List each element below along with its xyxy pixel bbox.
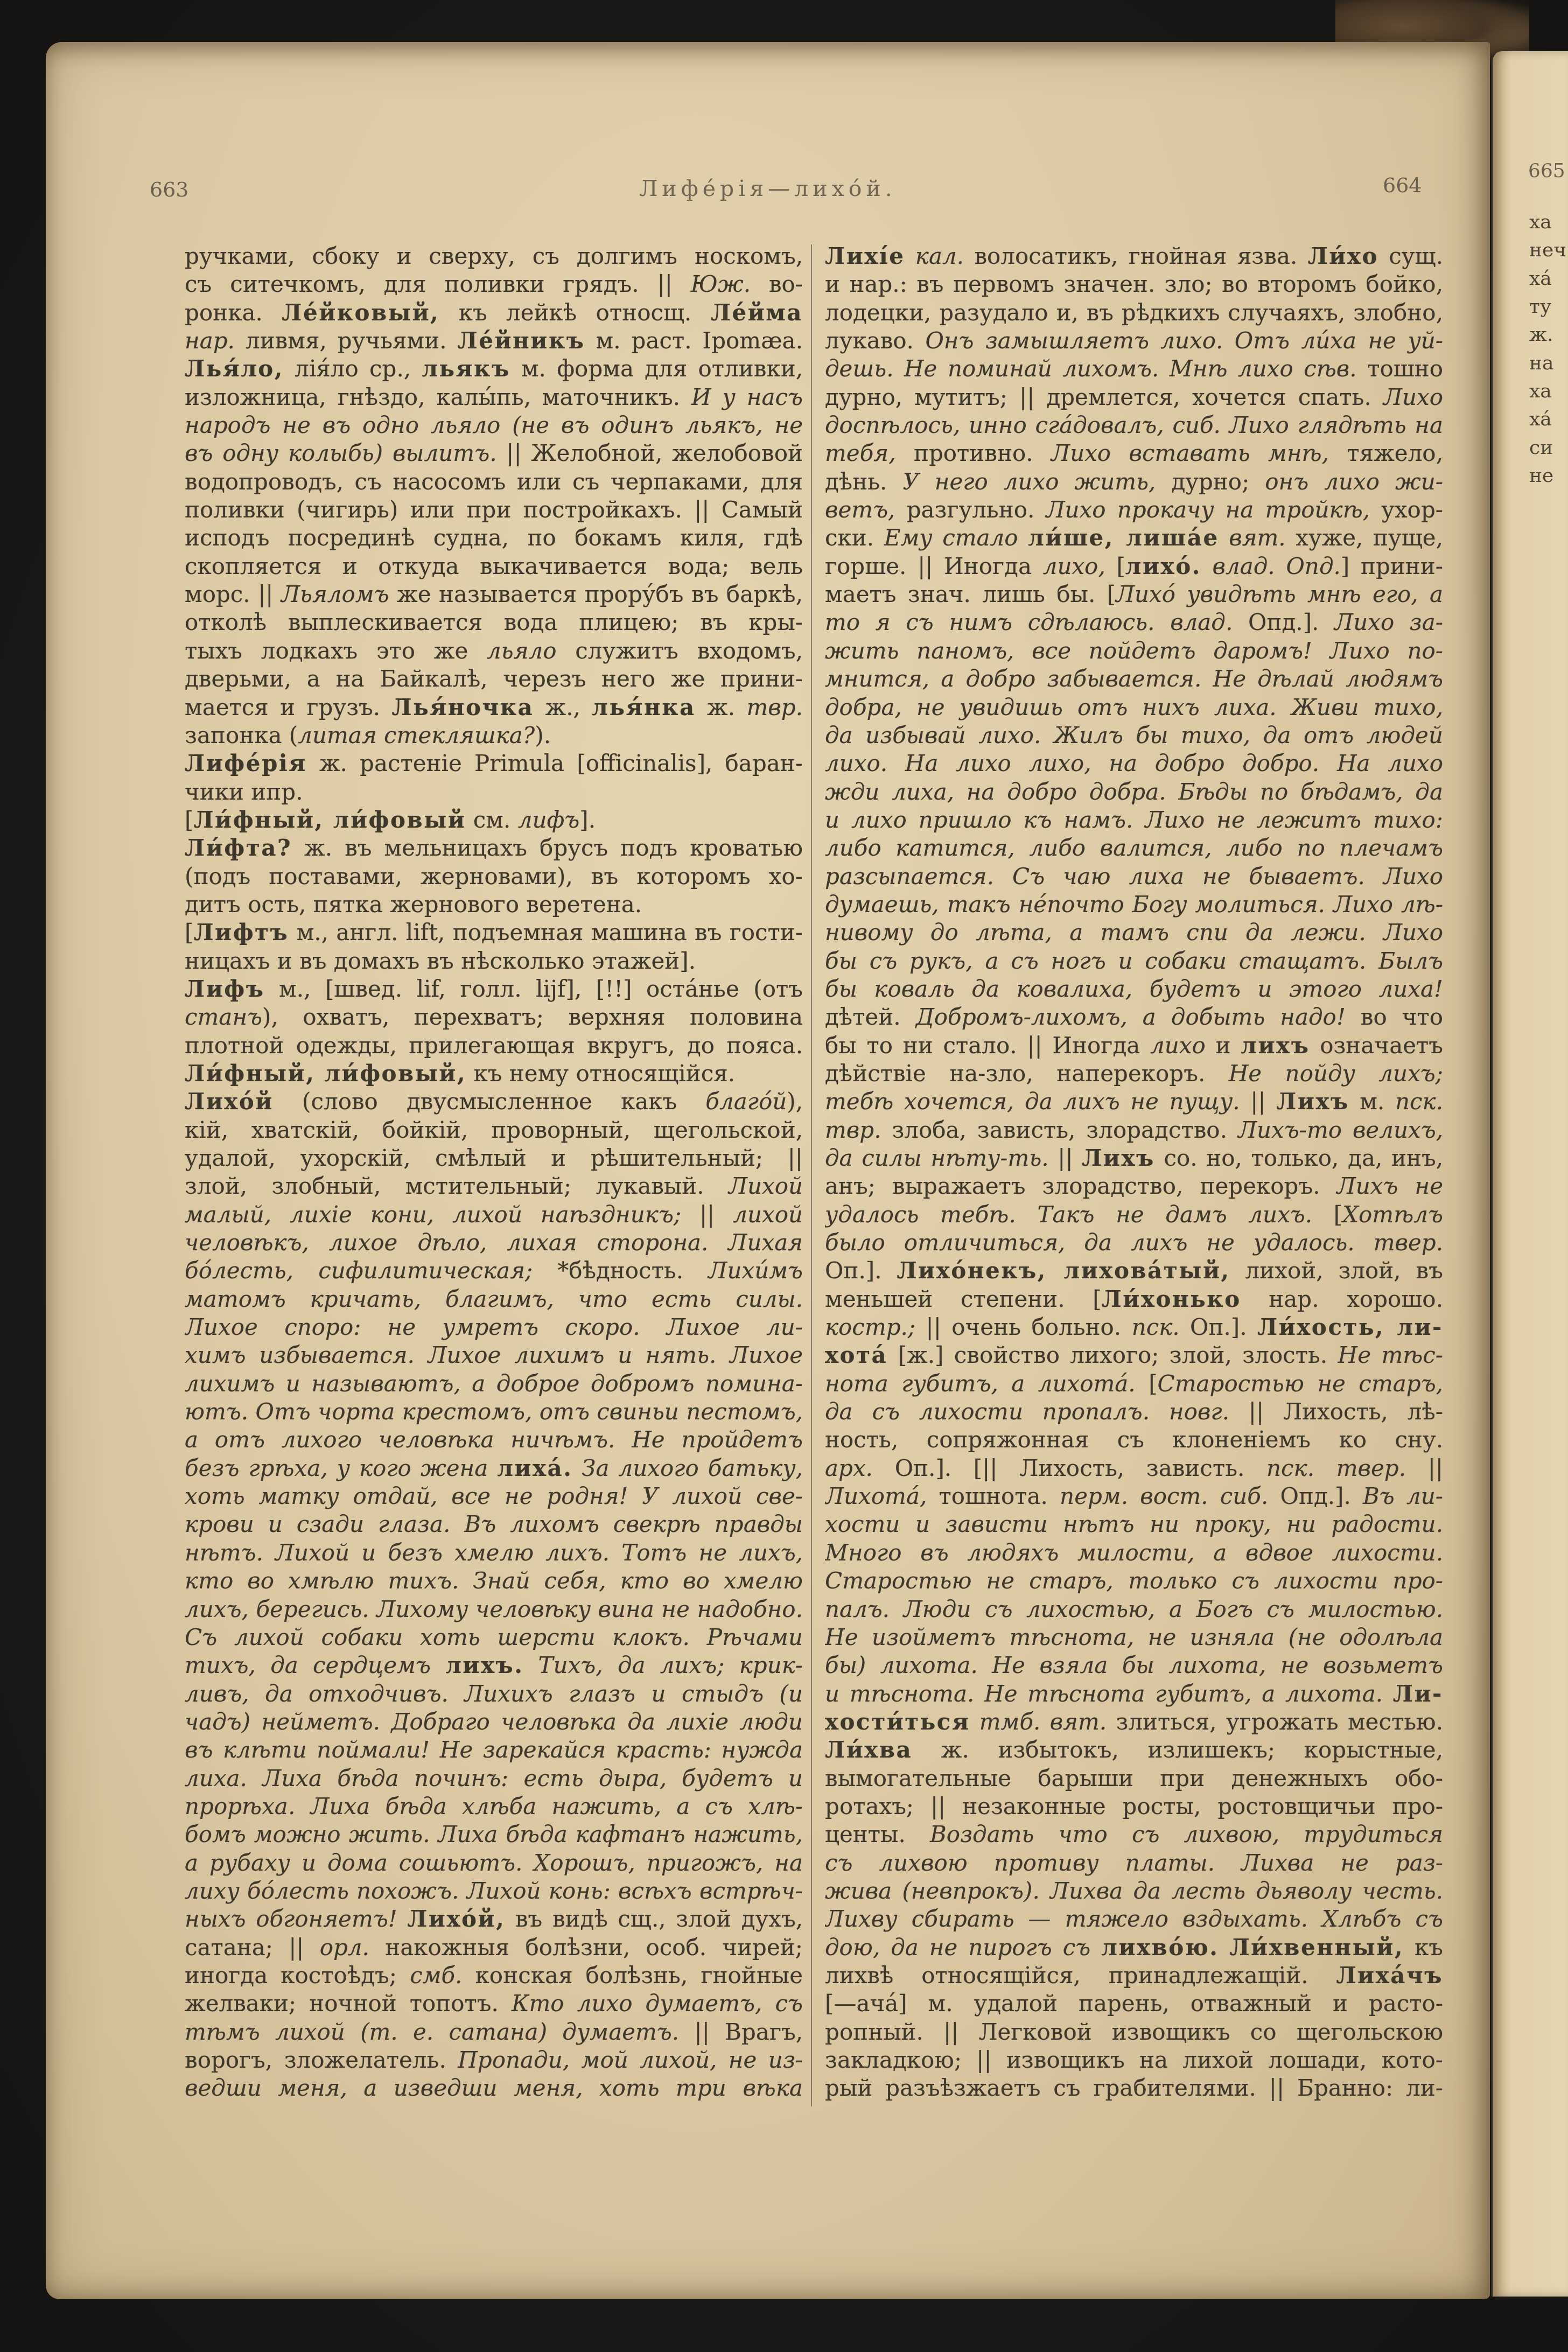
text-line: ски. Ему стало ли́ше, лиша́е вят. хуже, …	[825, 524, 1443, 552]
edge-text-fragment: на	[1493, 349, 1568, 377]
text-line: ротахъ; || незаконные росты, ростовщичьи…	[825, 1793, 1443, 1821]
text-line: тѣмъ лихой (т. е. сатана) думаетъ. || Вр…	[185, 2018, 803, 2046]
text-line: лодецки, разудало и, въ рѣдкихъ случаяхъ…	[825, 299, 1443, 327]
text-line: дѣтей. Добромъ-лихомъ, а добыть надо! во…	[825, 1003, 1443, 1031]
text-line: Лья́ло, лія́ло ср., льякъ м. форма для о…	[185, 355, 803, 383]
text-line: вымогательные барыши при денежныхъ обо-	[825, 1765, 1443, 1793]
text-line: и лихо пришло къ намъ. Лихо не лежитъ ти…	[825, 806, 1443, 834]
text-line: матомъ кричать, благимъ, что есть силы.	[185, 1285, 803, 1313]
text-line: да силы нѣту-ть. || Лихъ со. но, только,…	[825, 1144, 1443, 1172]
text-line: костр.; || очень больно. пск. Оп.]. Ли́х…	[825, 1313, 1443, 1341]
text-line: да съ лихости пропалъ. новг. || Лихость,…	[825, 1398, 1443, 1426]
text-line: желваки; ночной топотъ. Кто лихо думаетъ…	[185, 1990, 803, 2018]
edge-text-fragment: ха	[1493, 208, 1568, 236]
text-line: Не изойметъ тѣснота, не изняла (не одолѣ…	[825, 1623, 1443, 1651]
text-line: думаешь, такъ не́почто Богу молиться. Ли…	[825, 891, 1443, 919]
text-line: твр. злоба, зависть, злорадство. Лихъ-то…	[825, 1116, 1443, 1144]
text-line: хости и зависти нѣтъ ни проку, ни радост…	[825, 1510, 1443, 1538]
text-line: Ли́фта? ж. въ мельницахъ брусъ подъ кров…	[185, 834, 803, 862]
text-line: водопроводъ, съ насосомъ или съ черпакам…	[185, 468, 803, 496]
text-line: Лихву сбирать — тяжело вздыхать. Хлѣбъ с…	[825, 1905, 1443, 1933]
text-line: ворогъ, зложелатель. Пропади, мой лихой,…	[185, 2046, 803, 2074]
text-line: лихъ, берегись. Лихому человѣку вина не …	[185, 1595, 803, 1623]
text-line: тебѣ хочется, да лихъ не пущу. || Лихъ м…	[825, 1088, 1443, 1116]
text-line: ветъ, разгульно. Лихо прокачу на тройкѣ,…	[825, 496, 1443, 524]
text-line: (подъ поставами, жерновами), въ которомъ…	[185, 863, 803, 891]
text-line: хота́ [ж.] свойство лихого; злой, злость…	[825, 1341, 1443, 1369]
text-line: дверьми, а на Байкалѣ, черезъ него же пр…	[185, 665, 803, 693]
text-line: Лифъ м., [швед. lif, голл. lijf], [!!] о…	[185, 975, 803, 1003]
text-line: ропный. || Легковой извощикъ со щегольск…	[825, 2018, 1443, 2046]
edge-text-fragment: си	[1493, 434, 1568, 462]
text-line: морс. || Льяломъ же называется прору́бъ …	[185, 580, 803, 608]
text-line: разсыпается. Съ чаю лиха не бываетъ. Лих…	[825, 863, 1443, 891]
text-line: чадъ) нейметъ. Добраго человѣка да лихіе…	[185, 1708, 803, 1736]
text-line: запонка (литая стекляшка?).	[185, 722, 803, 750]
left-column: ручками, сбоку и сверху, съ долгимъ носк…	[185, 242, 803, 2103]
next-page-edge: 665 ханечха́туж.нахаха́сине	[1491, 51, 1568, 2297]
text-line: палъ. Люди съ лихостью, а Богъ съ милост…	[825, 1595, 1443, 1623]
text-line: [—ача́] м. удалой парень, отважный и рас…	[825, 1990, 1443, 2018]
text-line: ницахъ и въ домахъ въ нѣсколько этажей].	[185, 947, 803, 975]
text-line: анъ; выражаетъ злорадство, перекоръ. Лих…	[825, 1172, 1443, 1200]
text-line: нѣтъ. Лихой и безъ хмелю лихъ. Тотъ не л…	[185, 1539, 803, 1567]
text-line: поливки (чигирь) или при постройкахъ. ||…	[185, 496, 803, 524]
text-line: нота губитъ, а лихота́. [Старостью не ст…	[825, 1370, 1443, 1398]
text-line: безъ грѣха, у кого жена лиха́. За лихого…	[185, 1454, 803, 1482]
text-line: лиху бо́лесть похожъ. Лихой конь: всѣхъ …	[185, 1877, 803, 1905]
text-line: нар. ливмя, ручьями. Ле́йникъ м. раст. I…	[185, 327, 803, 355]
text-line: Лихо́й (слово двусмысленное какъ благо́й…	[185, 1088, 803, 1116]
text-line: [Ли́фный, ли́фовый см. лифъ].	[185, 806, 803, 834]
text-line: въ одну колыбь) вылитъ. || Желобной, жел…	[185, 439, 803, 467]
text-line: ведши меня, а изведши меня, хоть три вѣк…	[185, 2074, 803, 2102]
text-line: Ли́хва ж. избытокъ, излишекъ; корыстные,	[825, 1736, 1443, 1764]
text-line: изложница, гнѣздо, калы́пь, маточникъ. И…	[185, 383, 803, 411]
text-line: Лихое споро: не умретъ скоро. Лихое ли-	[185, 1313, 803, 1341]
text-line: дурно, мутитъ; || дремлется, хочется спа…	[825, 383, 1443, 411]
text-line: лихвѣ относящійся, принадлежащій. Лиха́ч…	[825, 1962, 1443, 1990]
edge-text-fragment: ха	[1493, 377, 1568, 405]
edge-text-fragment: ха́	[1493, 265, 1568, 293]
text-line: либо катится, либо валится, либо по плеч…	[825, 834, 1443, 862]
text-line: плотной одежды, прилегающая вкругъ, до п…	[185, 1032, 803, 1060]
text-line: и тѣснота. Не тѣснота губитъ, а лихота. …	[825, 1680, 1443, 1708]
text-line: человѣкъ, лихое дѣло, лихая сторона. Лих…	[185, 1229, 803, 1257]
text-line: доспѣлось, инно сга́довалъ, сиб. Лихо гл…	[825, 411, 1443, 439]
edge-text-fragment: ту	[1493, 293, 1568, 321]
text-line: [Лифтъ м., англ. lift, подъемная машина …	[185, 919, 803, 947]
edge-text-fragment: неч	[1493, 236, 1568, 264]
text-line: тебя, противно. Лихо вставать мнѣ, тяжел…	[825, 439, 1443, 467]
text-line: тихъ, да сердцемъ лихъ. Тихъ, да лихъ; к…	[185, 1651, 803, 1679]
text-line: ныхъ обгоняетъ! Лихо́й, въ видѣ сщ., зло…	[185, 1905, 803, 1933]
text-line: злой, злобный, мстительный; лукавый. Лих…	[185, 1172, 803, 1200]
column-divider	[811, 244, 812, 2106]
text-line: бы съ рукъ, а съ ногъ и собаки стащатъ. …	[825, 947, 1443, 975]
text-line: отколѣ выплескивается вода плицею; въ кр…	[185, 608, 803, 636]
right-column: Лихі́е кал. волосатикъ, гнойная язва. Ли…	[825, 242, 1443, 2103]
text-line: исподъ посрединѣ судна, по бокамъ киля, …	[185, 524, 803, 552]
text-line: закладкою; || извощикъ на лихой лошади, …	[825, 2046, 1443, 2074]
next-page-fragments: ханечха́туж.нахаха́сине	[1493, 208, 1568, 490]
text-line: ронка. Ле́йковый, къ лейкѣ относщ. Ле́йм…	[185, 299, 803, 327]
text-line: и нар.: въ первомъ значен. зло; во второ…	[825, 270, 1443, 298]
text-line: арх. Оп.]. [|| Лихость, зависть. пск. тв…	[825, 1454, 1443, 1482]
text-line: кій, хватскій, бойкій, проворный, щеголь…	[185, 1116, 803, 1144]
text-line: маетъ знач. лишь бы. [Лихо́ увидѣть мнѣ …	[825, 580, 1443, 608]
text-line: жди лиха, на добро добра. Бѣды по бѣдамъ…	[825, 778, 1443, 806]
text-line: бомъ можно жить. Лиха бѣда кафтанъ нажит…	[185, 1821, 803, 1849]
text-line: иногда костоѣдъ; смб. конская болѣзнь, г…	[185, 1962, 803, 1990]
text-line: лукаво. Онъ замышляетъ лихо. Отъ ли́ха н…	[825, 327, 1443, 355]
dictionary-page: 663 Лифе́рія—лихо́й. 664 ручками, сбоку …	[46, 42, 1490, 2299]
text-line: народъ не въ одно льяло (не въ одинъ лья…	[185, 411, 803, 439]
text-line: съ лихвою противу платы. Лихва не раз-	[825, 1849, 1443, 1877]
text-line: сатана; || орл. накожныя болѣзни, особ. …	[185, 1934, 803, 1962]
text-line: удалось тебѣ. Такъ не дамъ лихъ. [Хотѣлъ	[825, 1201, 1443, 1229]
edge-text-fragment: не	[1493, 462, 1568, 490]
text-line: прорѣха. Лиха бѣда хлѣба нажить, а съ хл…	[185, 1793, 803, 1821]
text-line: да избывай лихо. Жилъ бы тихо, да отъ лю…	[825, 722, 1443, 750]
text-line: лихимъ и называютъ, а доброе добромъ пом…	[185, 1370, 803, 1398]
text-line: Много въ людяхъ милости, а вдвое лихости…	[825, 1539, 1443, 1567]
text-line: дою, да не пирогъ съ лихво́ю. Ли́хвенный…	[825, 1934, 1443, 1962]
text-line: нивому до лѣта, а тамъ спи да лежи. Лихо	[825, 919, 1443, 947]
text-line: чики ипр.	[185, 778, 803, 806]
text-line: ютъ. Отъ чорта крестомъ, отъ свиньи пест…	[185, 1398, 803, 1426]
text-line: бы коваль да ковалиха, будетъ и этого ли…	[825, 975, 1443, 1003]
text-line: добра, не увидишь отъ нихъ лиха. Живи ти…	[825, 694, 1443, 722]
text-line: въ клѣти поймали! Не зарекайся красть: н…	[185, 1736, 803, 1764]
text-line: горше. || Иногда лихо, [лихо́. влад. Опд…	[825, 552, 1443, 580]
text-line: химъ избывается. Лихое лихимъ и нять. Ли…	[185, 1341, 803, 1369]
text-line: жива (невпрокъ). Лихва да лесть дьяволу …	[825, 1877, 1443, 1905]
edge-text-fragment: ха́	[1493, 405, 1568, 433]
text-line: а рубаху и дома сошьютъ. Хорошъ, пригожъ…	[185, 1849, 803, 1877]
text-line: скопляется и откуда выкачивается вода; в…	[185, 552, 803, 580]
next-page-number: 665	[1528, 160, 1565, 182]
text-line: мается и грузъ. Лья́ночка ж., лья́нка ж.…	[185, 694, 803, 722]
text-line: малый, лихіе кони, лихой наѣздникъ; || л…	[185, 1201, 803, 1229]
text-line: съ ситечкомъ, для поливки грядъ. || Юж. …	[185, 270, 803, 298]
text-line: дѣйствіе на-зло, наперекоръ. Не пойду ли…	[825, 1060, 1443, 1088]
text-line: бы) лихота. Не взяла бы лихота, не возьм…	[825, 1651, 1443, 1679]
text-line: а отъ лихого человѣка ничѣмъ. Не пройдет…	[185, 1426, 803, 1454]
text-line: лихо. На лихо лихо, на добро добро. На л…	[825, 750, 1443, 778]
text-line: Съ лихой собаки хоть шерсти клокъ. Рѣчам…	[185, 1623, 803, 1651]
text-line: Лихі́е кал. волосатикъ, гнойная язва. Ли…	[825, 242, 1443, 270]
text-line: бы то ни стало. || Иногда лихо и лихъ оз…	[825, 1032, 1443, 1060]
text-line: то я съ нимъ сдѣлаюсь. влад. Опд.]. Лихо…	[825, 608, 1443, 636]
text-line: удалой, ухорскій, смѣлый и рѣшительный; …	[185, 1144, 803, 1172]
text-line: ручками, сбоку и сверху, съ долгимъ носк…	[185, 242, 803, 270]
book-photo: 663 Лифе́рія—лихо́й. 664 ручками, сбоку …	[0, 0, 1568, 2352]
text-line: рый разъѣзжаетъ съ грабителями. || Бранн…	[825, 2074, 1443, 2102]
text-line: Лихота́, тошнота. перм. вост. сиб. Опд.]…	[825, 1482, 1443, 1510]
text-line: крови и сзади глаза. Въ лихомъ свекрѣ пр…	[185, 1510, 803, 1538]
text-line: дѣнь. У него лихо жить, дурно; онъ лихо …	[825, 468, 1443, 496]
text-line: Старостью не старъ, только съ лихости пр…	[825, 1567, 1443, 1595]
text-line: хоть матку отдай, все не родня! У лихой …	[185, 1482, 803, 1510]
text-line: Оп.]. Лихо́некъ, лихова́тый, лихой, злой…	[825, 1257, 1443, 1285]
running-head: Лифе́рія—лихо́й.	[46, 176, 1490, 201]
text-line: Лифе́рія ж. растеніе Primula [officinali…	[185, 750, 803, 778]
edge-text-fragment: ж.	[1493, 321, 1568, 349]
text-line: бо́лесть, сифилитическая; *бѣдность. Лих…	[185, 1257, 803, 1285]
text-line: ливъ, да отходчивъ. Лихихъ глазъ и стыдъ…	[185, 1680, 803, 1708]
text-line: станъ), охватъ, перехватъ; верхняя полов…	[185, 1003, 803, 1031]
text-line: мнится, а добро забывается. Не дѣлай люд…	[825, 665, 1443, 693]
text-line: кто во хмѣлю тихъ. Знай себя, кто во хме…	[185, 1567, 803, 1595]
text-line: хости́ться тмб. вят. злиться, угрожать м…	[825, 1708, 1443, 1736]
text-line: дешь. Не поминай лихомъ. Мнѣ лихо сѣв. т…	[825, 355, 1443, 383]
text-line: жить паномъ, все пойдетъ даромъ! Лихо по…	[825, 637, 1443, 665]
text-line: лиха. Лиха бѣда починъ: есть дыра, будет…	[185, 1765, 803, 1793]
text-line: тыхъ лодкахъ это же льяло служитъ входом…	[185, 637, 803, 665]
text-line: Ли́фный, ли́фовый, къ нему относящійся.	[185, 1060, 803, 1088]
text-line: было отличиться, да лихъ не удалось. тве…	[825, 1229, 1443, 1257]
text-line: центы. Воздать что съ лихвою, трудиться	[825, 1821, 1443, 1849]
page-number-right: 664	[1383, 173, 1422, 197]
text-line: ность, сопряжонная съ клоненіемъ ко сну.	[825, 1426, 1443, 1454]
text-line: дитъ ость, пятка жернового веретена.	[185, 891, 803, 919]
text-line: меньшей степени. [Ли́хонько нар. хорошо.	[825, 1285, 1443, 1313]
